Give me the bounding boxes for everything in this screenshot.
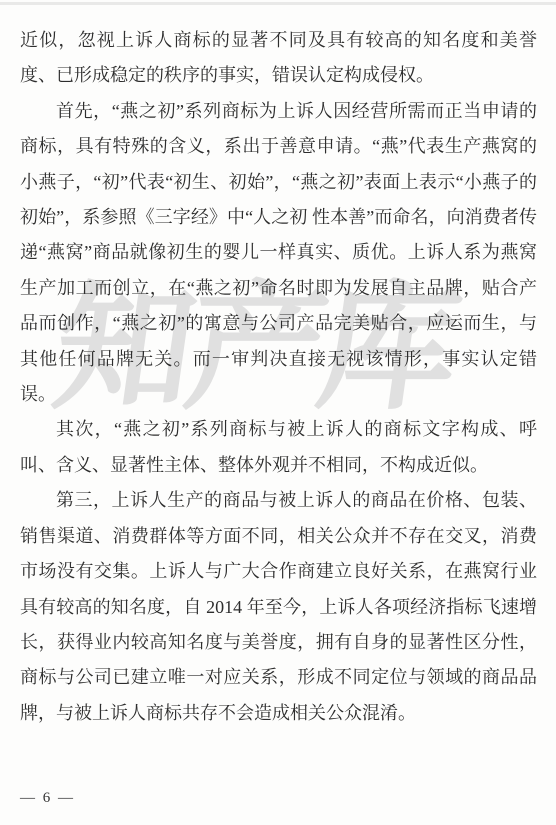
page-number: — 6 — [20, 790, 75, 807]
document-body: 近似，忽视上诉人商标的显著不同及具有较高的知名度和美誉度、已形成稳定的秩序的事实… [20, 23, 537, 731]
paragraph: 首先，“燕之初”系列商标为上诉人因经营所需而正当申请的商标，具有特殊的含义，系出… [20, 94, 537, 413]
paragraph: 其次，“燕之初”系列商标与被上诉人的商标文字构成、呼叫、含义、显著性主体、整体外… [20, 412, 537, 483]
document-page: 知产库 近似，忽视上诉人商标的显著不同及具有较高的知名度和美誉度、已形成稳定的秩… [0, 0, 556, 825]
paragraph: 近似，忽视上诉人商标的显著不同及具有较高的知名度和美誉度、已形成稳定的秩序的事实… [20, 23, 537, 94]
paragraph: 第三，上诉人生产的商品与被上诉人的商品在价格、包装、销售渠道、消费群体等方面不同… [20, 483, 537, 731]
scan-artifact-band [0, 2, 556, 5]
